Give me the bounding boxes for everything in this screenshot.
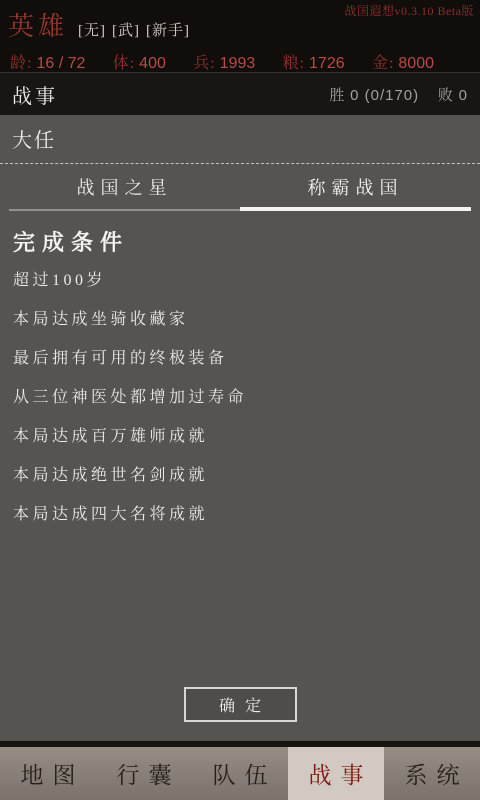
stat-health: 体: 400	[113, 50, 166, 73]
stat-food: 粮: 1726	[283, 50, 345, 73]
bottom-navbar: 地图 行囊 队伍 战事 系统	[0, 747, 480, 800]
condition-item: 本局达成坐骑收藏家	[13, 306, 467, 329]
confirm-button[interactable]: 确定	[184, 687, 297, 722]
wins-value: 0 (0/170)	[350, 87, 419, 104]
stat-age: 龄: 16 / 72	[10, 50, 85, 73]
task-tabs: 战国之星 称霸战国	[9, 164, 471, 211]
condition-item: 从三位神医处都增加过寿命	[13, 384, 467, 407]
losses-label: 败	[438, 88, 454, 104]
condition-item: 本局达成百万雄师成就	[13, 423, 467, 446]
hero-tag-martial: [武]	[112, 23, 140, 39]
panel-header: 大任	[0, 115, 480, 164]
hero-name[interactable]: 英雄	[8, 6, 68, 43]
condition-item: 最后拥有可用的终极装备	[13, 345, 467, 368]
stat-gold: 金: 8000	[372, 50, 434, 73]
great-task-panel: 大任 战国之星 称霸战国 完成条件 超过100岁 本局达成坐骑收藏家 最后拥有可…	[0, 115, 480, 741]
stat-troops: 兵: 1993	[193, 50, 255, 73]
hero-tag-none: [无]	[78, 23, 106, 39]
condition-item: 本局达成绝世名剑成就	[13, 462, 467, 485]
nav-item-team[interactable]: 队伍	[192, 747, 288, 800]
condition-item: 超过100岁	[13, 267, 467, 290]
war-record: 胜 0 (0/170) 败 0	[329, 84, 468, 105]
nav-item-war[interactable]: 战事	[288, 747, 384, 800]
panel-title: 大任	[12, 130, 56, 152]
nav-item-inventory[interactable]: 行囊	[96, 747, 192, 800]
war-title: 战事	[12, 80, 58, 109]
tab-dominate-warring-states[interactable]: 称霸战国	[240, 174, 471, 211]
condition-item: 本局达成四大名将成就	[13, 501, 467, 524]
hero-tag-novice: [新手]	[146, 23, 190, 39]
tab-star-of-warring-states[interactable]: 战国之星	[9, 174, 240, 211]
hero-status-bar: 战国遐想v0.3.10 Beta版 英雄 [无][武][新手] 龄: 16 / …	[0, 0, 480, 72]
losses-value: 0	[459, 87, 468, 104]
nav-item-system[interactable]: 系统	[384, 747, 480, 800]
war-section-header: 战事 胜 0 (0/170) 败 0	[0, 72, 480, 115]
wins-label: 胜	[329, 88, 345, 104]
hero-tags: [无][武][新手]	[78, 19, 196, 40]
nav-item-map[interactable]: 地图	[0, 747, 96, 800]
section-title: 完成条件	[13, 226, 467, 257]
game-version: 战国遐想v0.3.10 Beta版	[345, 2, 475, 19]
conditions-content: 完成条件 超过100岁 本局达成坐骑收藏家 最后拥有可用的终极装备 从三位神医处…	[0, 211, 480, 687]
confirm-button-row: 确定	[0, 687, 480, 741]
hero-stats-row: 龄: 16 / 72 体: 400 兵: 1993 粮: 1726 金: 800…	[8, 43, 472, 73]
game-screen: 战国遐想v0.3.10 Beta版 英雄 [无][武][新手] 龄: 16 / …	[0, 0, 480, 800]
